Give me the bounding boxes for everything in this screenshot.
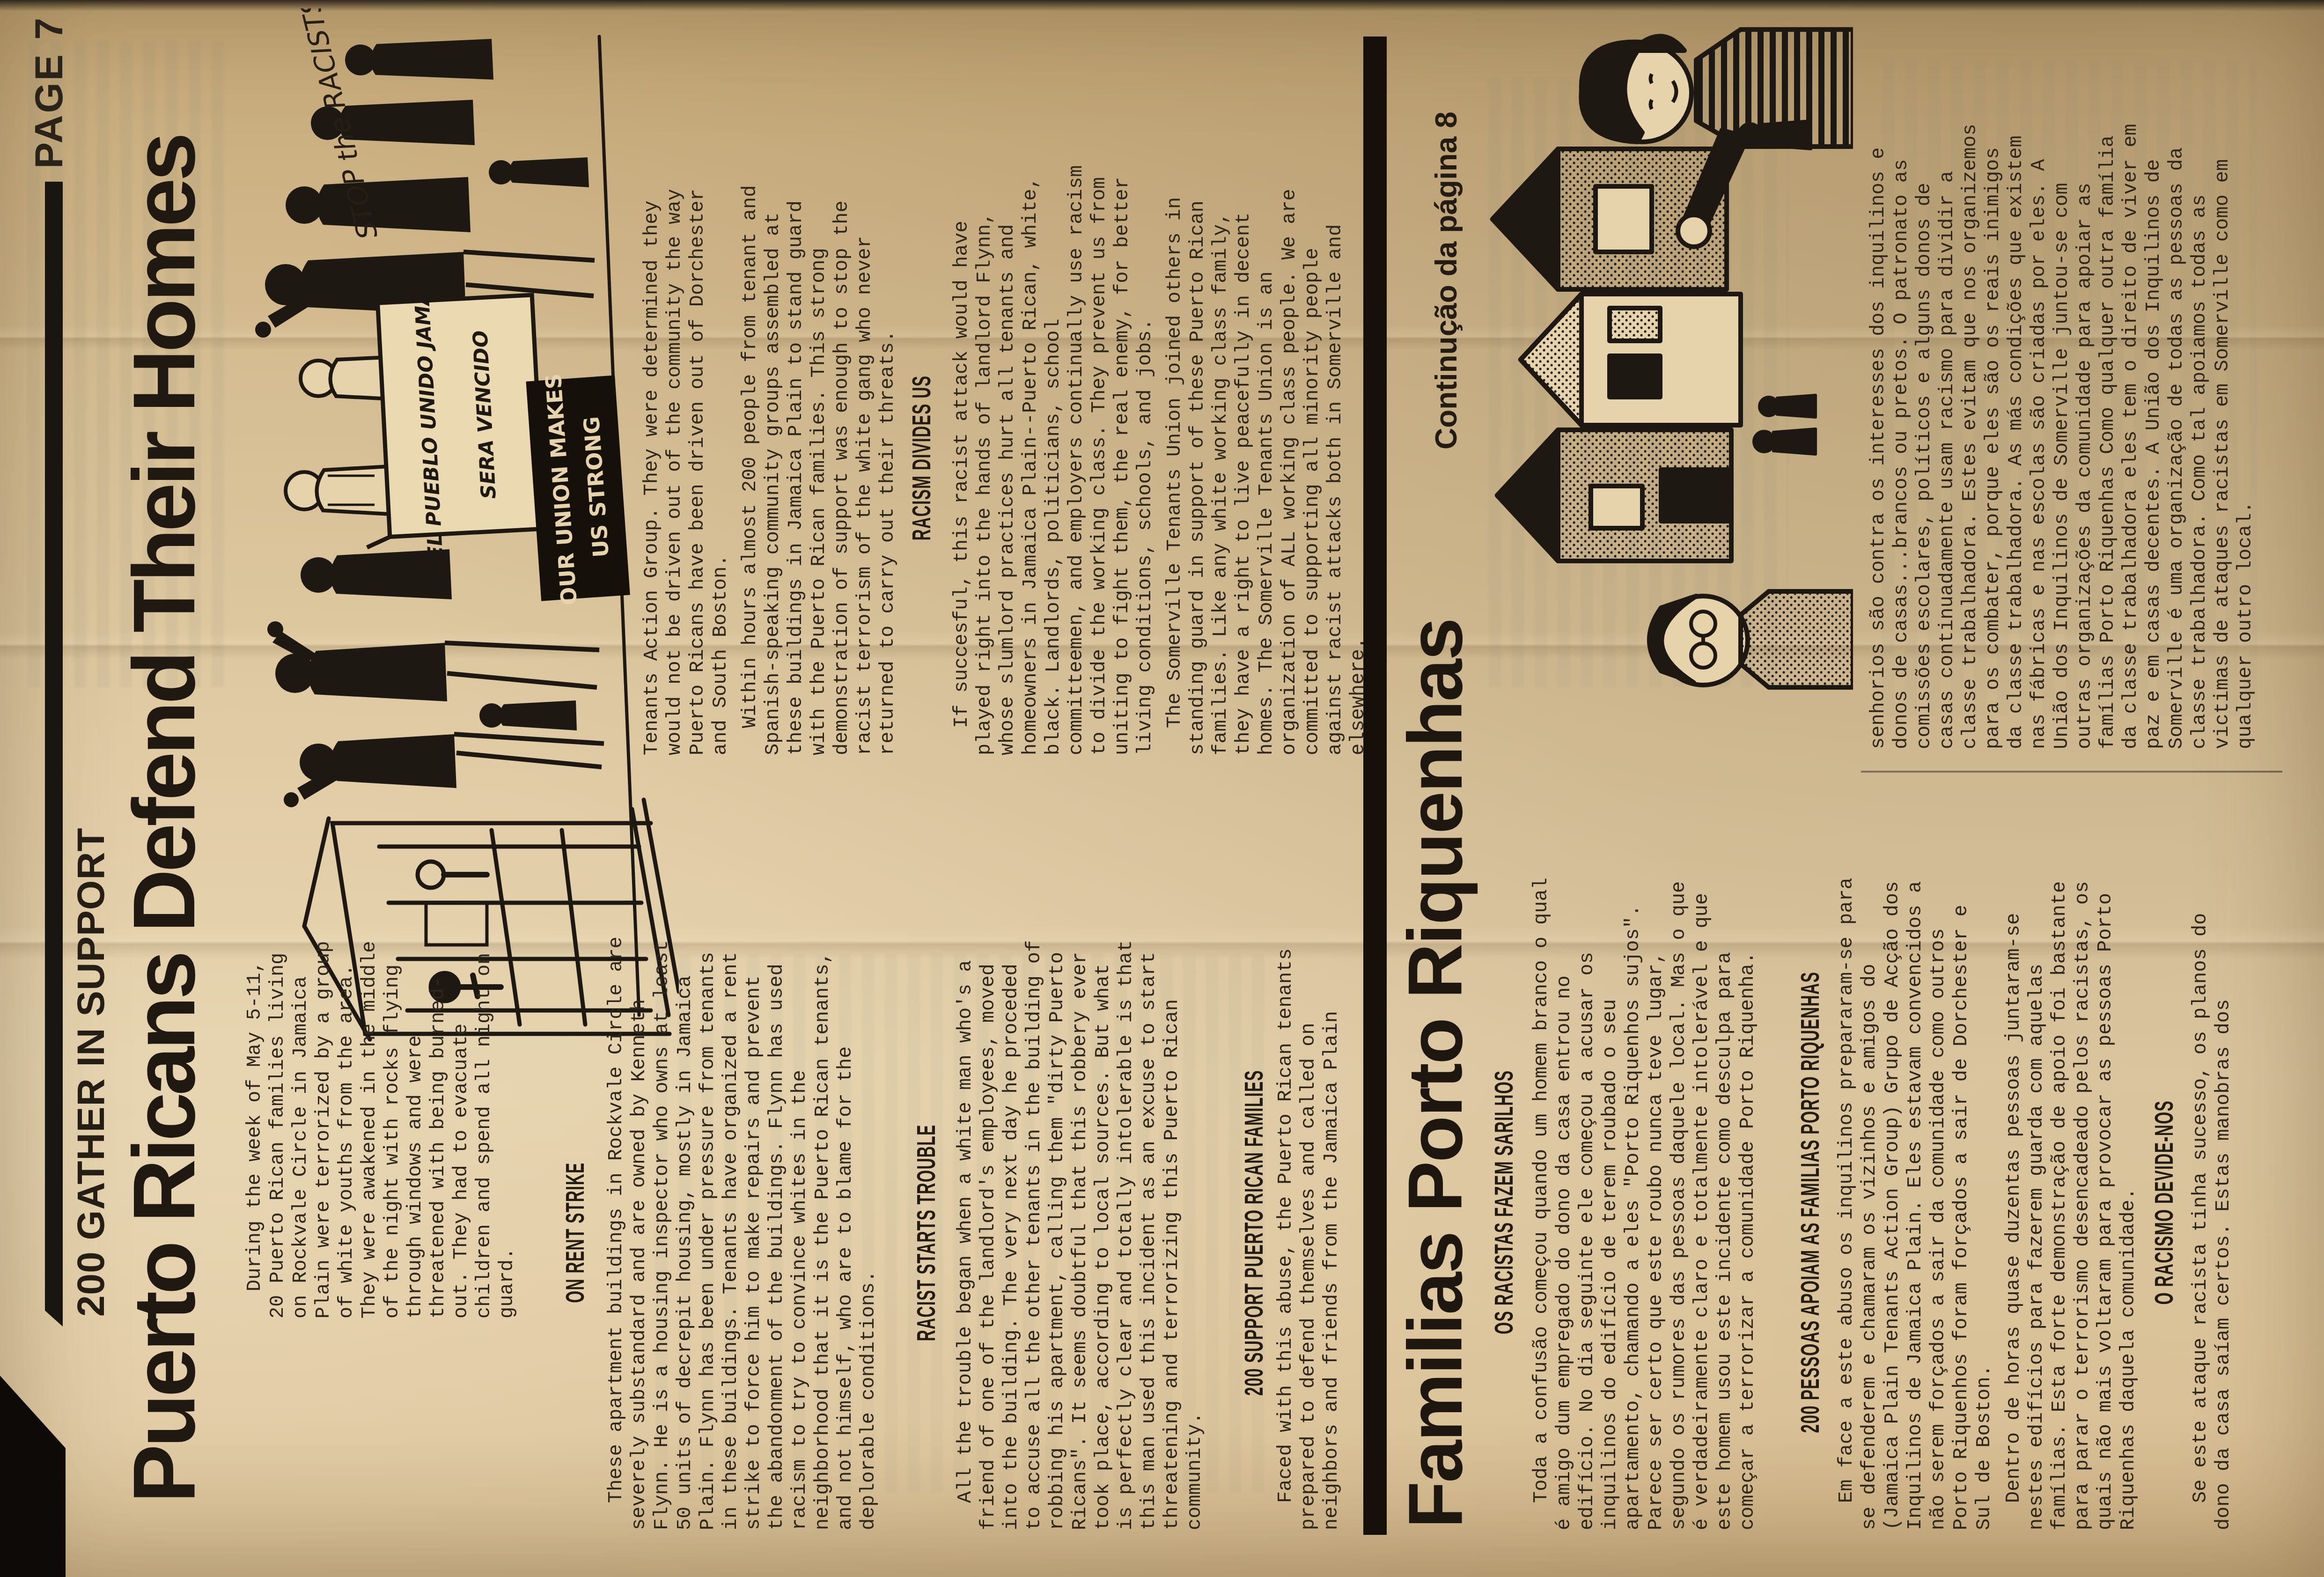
page-label-text: PAGE 7 [27, 16, 71, 169]
portuguese-headline: Familias Porto Riquenhas [1391, 619, 1485, 1528]
section-heading-racism-divides-us: RACISM DIVIDES US [907, 161, 935, 755]
section-heading-o-racismo: O RACISMO DEVIDE-NOS [2150, 875, 2178, 1530]
section-divider-rule [1363, 37, 1387, 1535]
section-200-support-body: Faced with this abuse, the Puerto Rican … [1274, 936, 1350, 1530]
houses-illustration [1441, 13, 1853, 715]
section-200-pessoas-body: Em face a este abuso os inquilinos prepa… [1835, 875, 2147, 1530]
section-os-racistas-body: Toda a confusão começou quando um homem … [1530, 875, 1766, 1530]
section-heading-200-pessoas: 200 PESSOAS APOIAM AS FAMILIAS PORTO RIQ… [1796, 875, 1824, 1530]
section-racist-starts-trouble-body: All the trouble began when a white man w… [954, 936, 1213, 1530]
page-label: PAGE 7 [26, 16, 71, 169]
union-sign: OUR UNION MAKES US STRONG [526, 369, 631, 607]
section-heading-on-rent-strike: ON RENT STRIKE [561, 936, 589, 1530]
paragraph: These apartment buildings in Rockvale Ci… [605, 936, 880, 1530]
paragraph: Se este ataque racista tinha sucesso, os… [2189, 875, 2235, 1530]
kicker: 200 GATHER IN SUPPORT [69, 827, 116, 1317]
column-rule [1861, 771, 2282, 773]
paragraph: Toda a confusão começou quando um homem … [1530, 875, 1759, 1530]
paragraph: Within hours almost 200 people from tena… [739, 161, 899, 755]
protest-banner: EL PUEBLO UNIDO JAMAS SERA VENCIDO [352, 270, 545, 563]
kicker-text: 200 GATHER IN SUPPORT [70, 827, 112, 1317]
section-o-racismo-body: Se este ataque racista tinha sucesso, os… [2189, 875, 2242, 1530]
march-illustration: EL PUEBLO UNIDO JAMAS SERA VENCIDO OUR U… [164, 8, 679, 1043]
paragraph: Tenants Action Group. They were determin… [640, 161, 732, 755]
section-heading-os-racistas: OS RACISTAS FAZEM SARILHOS [1490, 875, 1518, 1530]
paragraph: All the trouble began when a white man w… [954, 936, 1206, 1530]
paragraph: During the week of May 5-11, 20 Puerto R… [243, 935, 519, 1319]
portuguese-column2: senhorios são contra os interesses dos i… [1867, 122, 2264, 749]
top-rule [45, 182, 63, 1326]
paragraph: Faced with this abuse, the Puerto Rican … [1274, 936, 1343, 1530]
section-heading-racist-starts-trouble: RACIST STARTS TROUBLE [912, 936, 940, 1530]
paragraph: Dentro de horas quase duzentas pessoas j… [2002, 875, 2140, 1530]
section-on-rent-strike-body: These apartment buildings in Rockvale Ci… [605, 936, 887, 1530]
paragraph: If succesful, this racist attack would h… [950, 161, 1157, 755]
section-racism-divides-us-body: If succesful, this racist attack would h… [950, 161, 1376, 755]
section-heading-200-support: 200 SUPPORT PUERTO RICAN FAMILIES [1240, 936, 1268, 1530]
paragraph: senhorios são contra os interesses dos i… [1867, 122, 2257, 749]
paragraph: Em face a este abuso os inquilinos prepa… [1835, 875, 1996, 1530]
newspaper-page: PAGE 7 200 GATHER IN SUPPORT Puerto Rica… [0, 0, 2324, 1577]
newspaper-scan: PAGE 7 200 GATHER IN SUPPORT Puerto Rica… [0, 0, 2324, 1577]
intro-paragraph: During the week of May 5-11, 20 Puerto R… [243, 935, 525, 1319]
column2-continuation: Tenants Action Group. They were determin… [640, 161, 906, 755]
scan-corner-shadow [0, 1376, 66, 1577]
paragraph: The Somerville Tenants Union joined othe… [1163, 161, 1370, 755]
